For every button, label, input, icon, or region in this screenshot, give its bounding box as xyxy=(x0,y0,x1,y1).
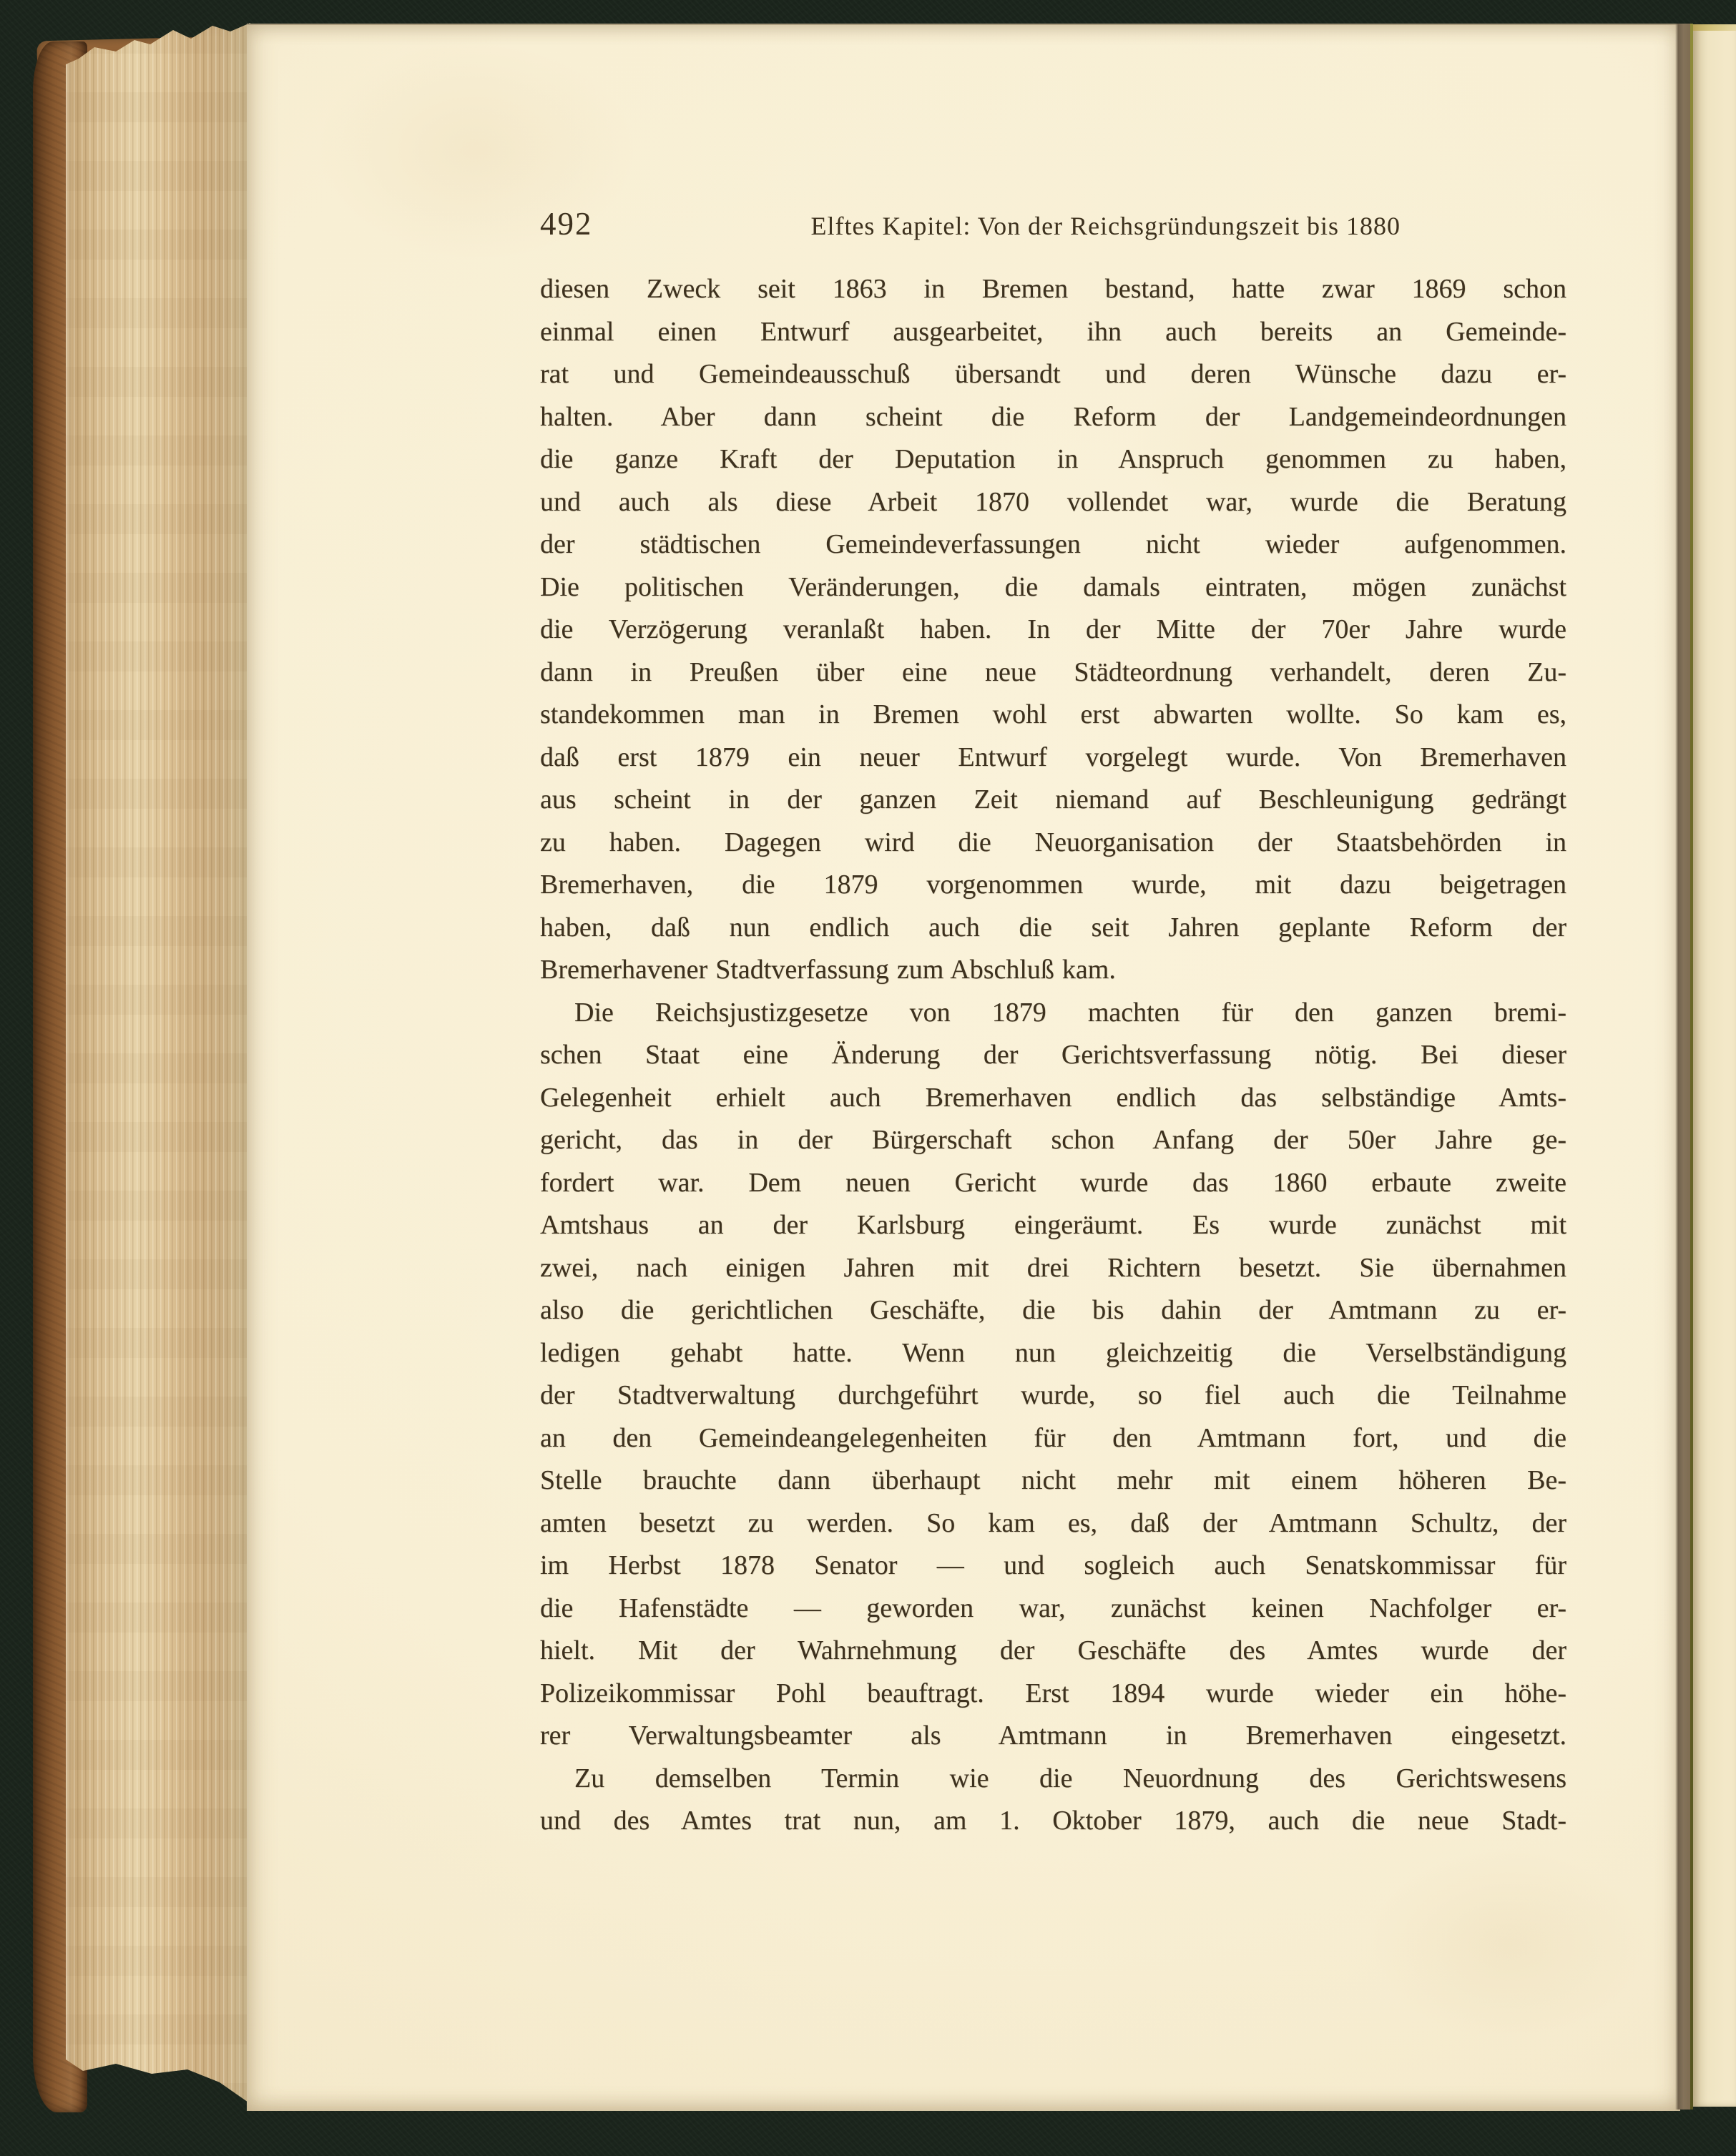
text-line: also die gerichtlichen Geschäfte, die bi… xyxy=(540,1289,1566,1332)
text-line: halten. Aber dann scheint die Reform der… xyxy=(540,396,1566,439)
page-header: 492 Elftes Kapitel: Von der Reichsgründu… xyxy=(540,205,1569,242)
text-block: diesen Zweck seit 1863 in Bremen bestand… xyxy=(540,268,1566,1843)
text-line: Bremerhaven, die 1879 vorgenommen wurde,… xyxy=(540,864,1566,907)
running-title: Elftes Kapitel: Von der Reichsgründungsz… xyxy=(593,211,1569,241)
facing-page-edge xyxy=(1693,24,1736,2107)
text-line: der Stadtverwaltung durchgeführt wurde, … xyxy=(540,1374,1566,1417)
page-stack-fore-edge xyxy=(66,20,250,2113)
text-line: die Verzögerung veranlaßt haben. In der … xyxy=(540,609,1566,651)
text-line: haben, daß nun endlich auch die seit Jah… xyxy=(540,907,1566,950)
text-line: der städtischen Gemeindeverfassungen nic… xyxy=(540,523,1566,566)
text-line: fordert war. Dem neuen Gericht wurde das… xyxy=(540,1162,1566,1205)
text-line: Zu demselben Termin wie die Neuordnung d… xyxy=(540,1758,1566,1801)
text-line: Amtshaus an der Karlsburg eingeräumt. Es… xyxy=(540,1204,1566,1247)
text-line: und des Amtes trat nun, am 1. Oktober 18… xyxy=(540,1800,1566,1843)
text-line: an den Gemeindeangelegenheiten für den A… xyxy=(540,1417,1566,1460)
text-line: amten besetzt zu werden. So kam es, daß … xyxy=(540,1502,1566,1545)
text-line: zu haben. Dagegen wird die Neuorganisati… xyxy=(540,822,1566,865)
text-line: einmal einen Entwurf ausgearbeitet, ihn … xyxy=(540,311,1566,354)
text-line: rat und Gemeindeausschuß übersandt und d… xyxy=(540,353,1566,396)
text-line: standekommen man in Bremen wohl erst abw… xyxy=(540,694,1566,737)
text-line: Stelle brauchte dann überhaupt nicht meh… xyxy=(540,1460,1566,1502)
text-line: aus scheint in der ganzen Zeit niemand a… xyxy=(540,779,1566,822)
text-line: gericht, das in der Bürgerschaft schon A… xyxy=(540,1119,1566,1162)
text-line: hielt. Mit der Wahrnehmung der Geschäfte… xyxy=(540,1630,1566,1673)
text-line: die ganze Kraft der Deputation in Anspru… xyxy=(540,438,1566,481)
text-line: Gelegenheit erhielt auch Bremerhaven end… xyxy=(540,1077,1566,1120)
gutter-shadow xyxy=(1675,24,1690,2110)
text-line: Die politischen Veränderungen, die damal… xyxy=(540,566,1566,609)
text-line: und auch als diese Arbeit 1870 vollendet… xyxy=(540,481,1566,524)
page-number: 492 xyxy=(540,205,593,242)
text-line: Die Reichsjustizgesetze von 1879 machten… xyxy=(540,992,1566,1035)
book-photo: 492 Elftes Kapitel: Von der Reichsgründu… xyxy=(0,0,1736,2156)
text-line: schen Staat eine Änderung der Gerichtsve… xyxy=(540,1034,1566,1077)
text-line: Bremerhavener Stadtverfassung zum Abschl… xyxy=(540,949,1566,992)
text-line: diesen Zweck seit 1863 in Bremen bestand… xyxy=(540,268,1566,311)
text-line: rer Verwaltungsbeamter als Amtmann in Br… xyxy=(540,1715,1566,1758)
text-line: Polizeikommissar Pohl beauftragt. Erst 1… xyxy=(540,1673,1566,1716)
text-line: zwei, nach einigen Jahren mit drei Richt… xyxy=(540,1247,1566,1290)
text-line: daß erst 1879 ein neuer Entwurf vorgeleg… xyxy=(540,737,1566,779)
book-page: 492 Elftes Kapitel: Von der Reichsgründu… xyxy=(247,24,1680,2111)
text-line: im Herbst 1878 Senator — und sogleich au… xyxy=(540,1545,1566,1588)
text-line: die Hafenstädte — geworden war, zunächst… xyxy=(540,1588,1566,1630)
text-line: dann in Preußen über eine neue Städteord… xyxy=(540,651,1566,694)
text-line: ledigen gehabt hatte. Wenn nun gleichzei… xyxy=(540,1332,1566,1375)
